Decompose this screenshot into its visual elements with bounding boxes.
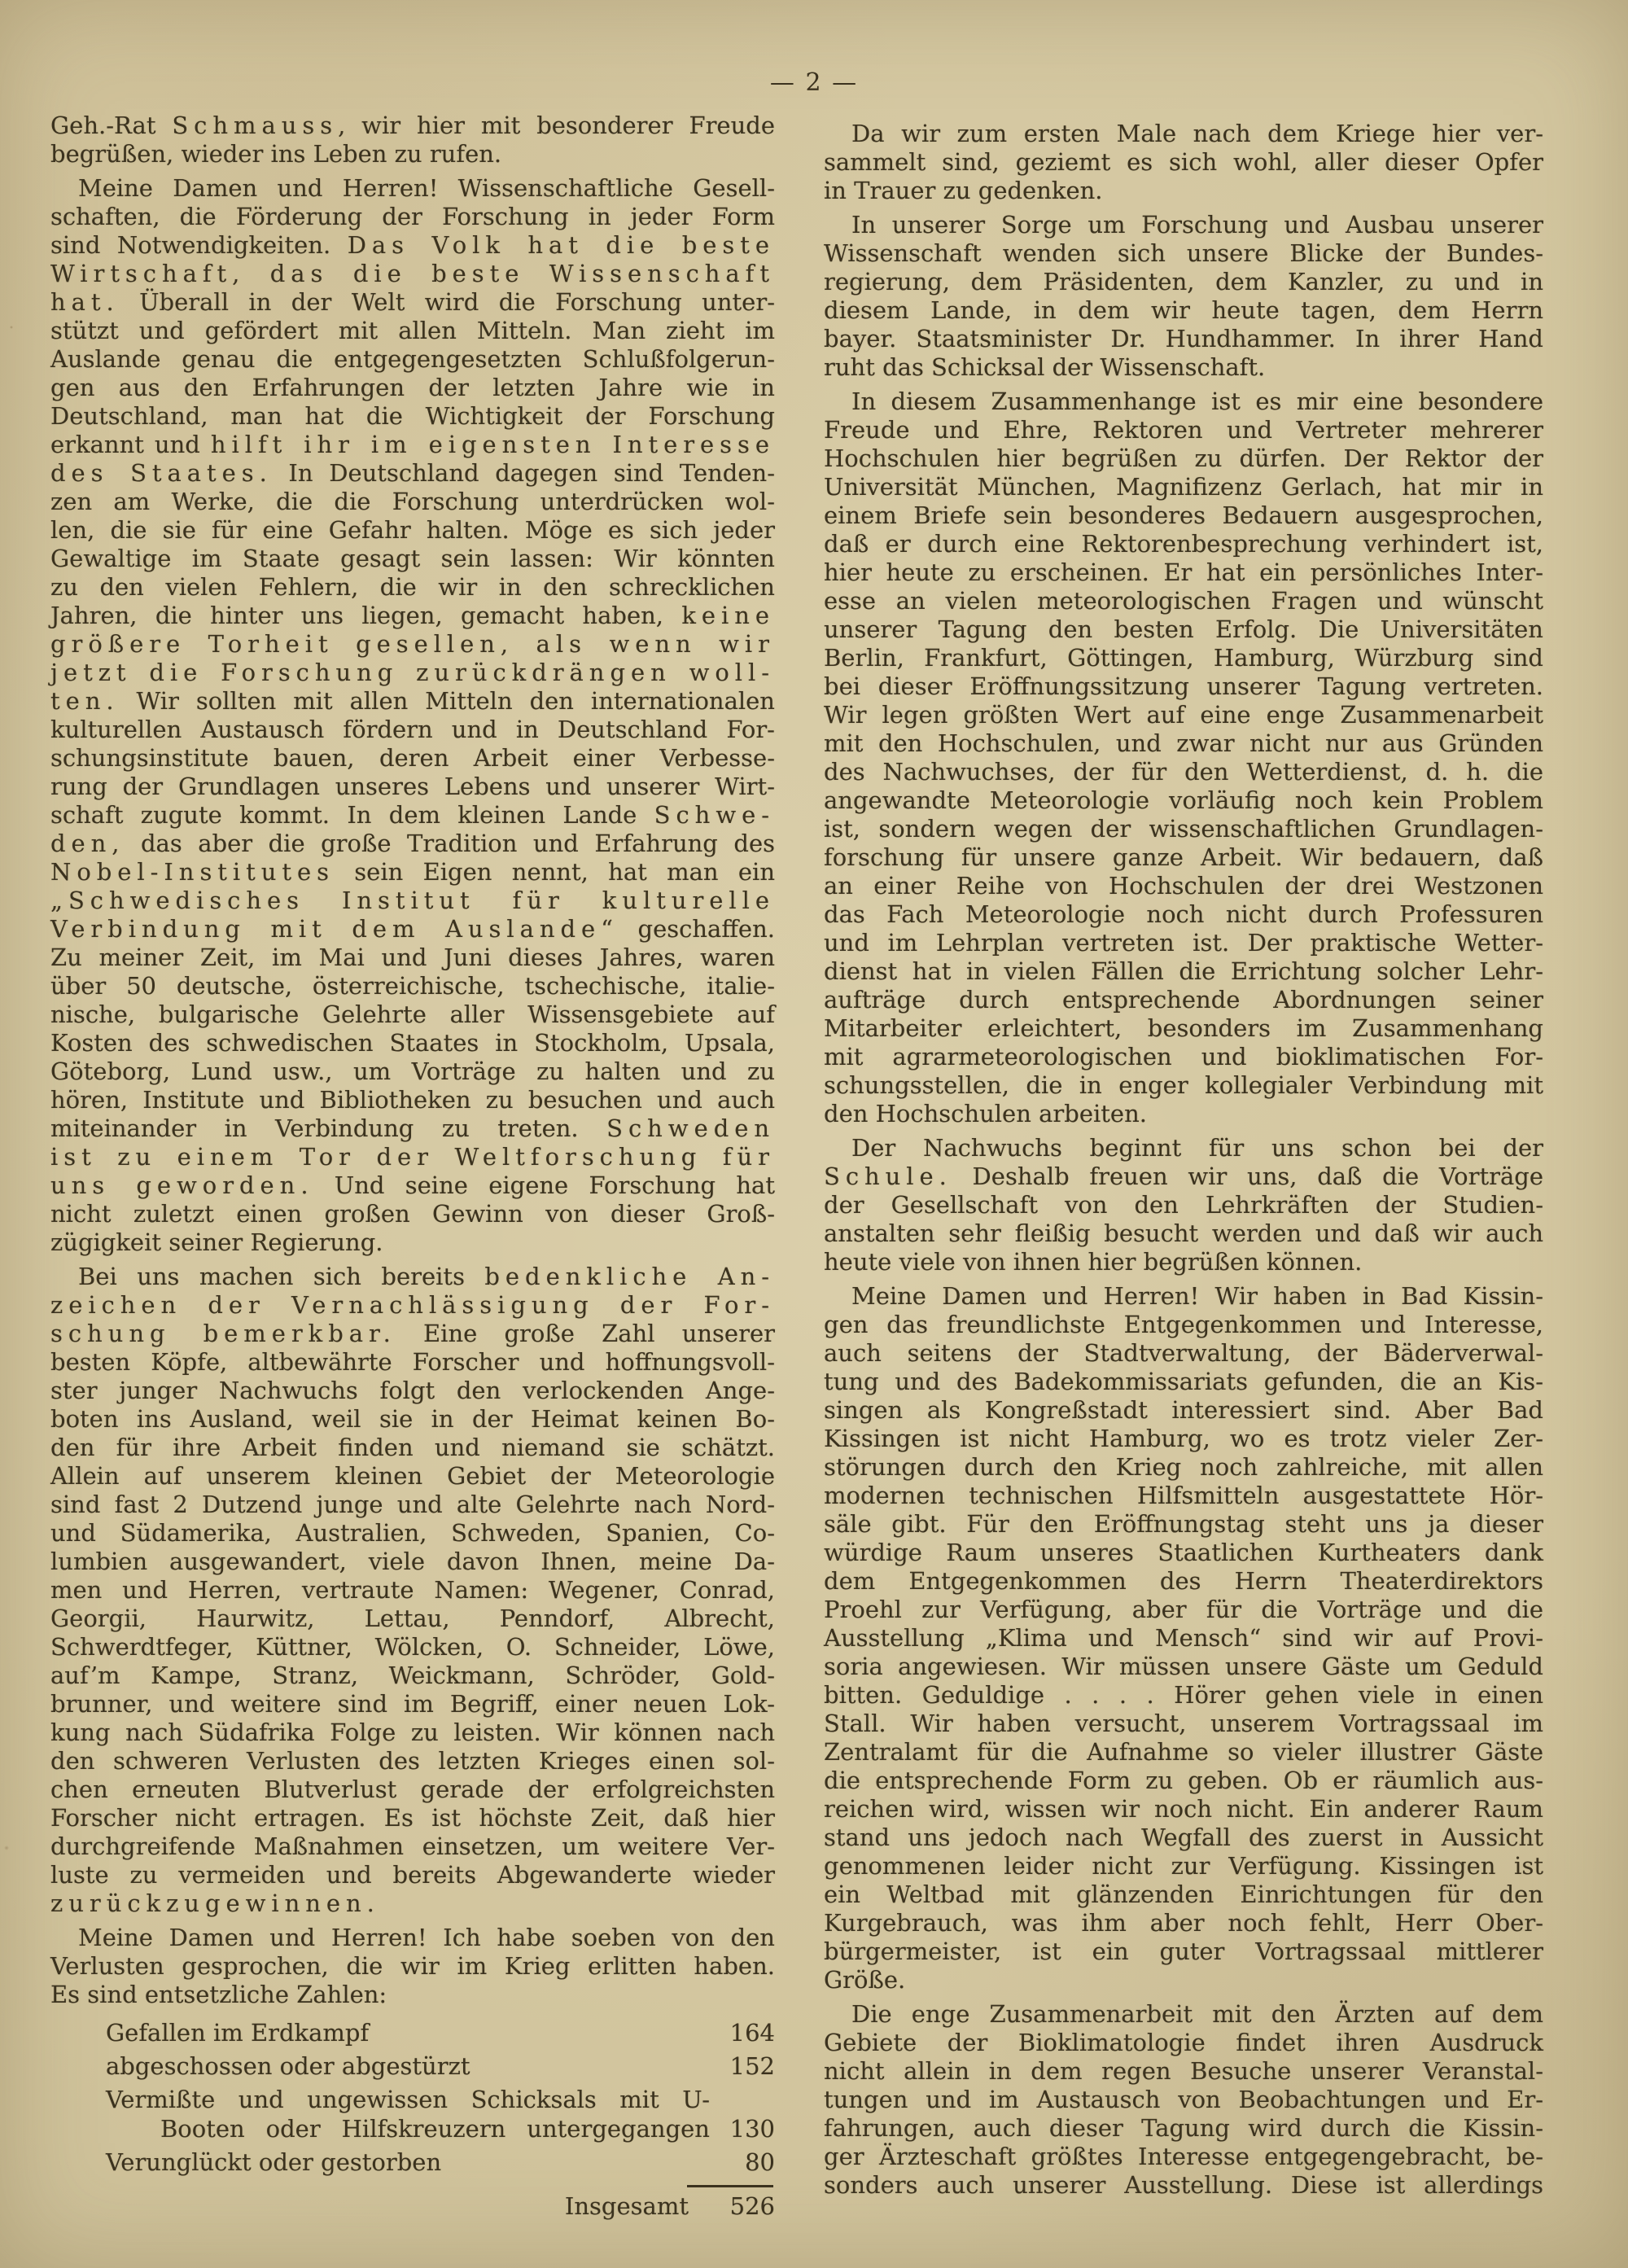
text-line: men und Herren, vertraute Namen: Wegener…	[50, 1576, 775, 1605]
casualty-label: Verunglückt oder gestorben	[106, 2148, 441, 2177]
text-line: des Nachwuchses, der für den Wetterdiens…	[824, 758, 1543, 786]
text-line: würdige Raum unseres Staatlichen Kurthea…	[824, 1539, 1543, 1567]
text-line: Mitarbeiter erleichtert, besonders im Zu…	[824, 1014, 1543, 1043]
text-line: zurückzugewinnen.	[50, 1889, 775, 1918]
text-line: dienst hat in vielen Fällen die Errichtu…	[824, 957, 1543, 986]
text-line: anstalten sehr fleißig besucht werden un…	[824, 1219, 1543, 1248]
text-line: Universität München, Magnifizenz Gerlach…	[824, 473, 1543, 501]
text-line: kung nach Südafrika Folge zu leisten. Wi…	[50, 1719, 775, 1747]
casualty-row: Vermißte und ungewissen Schicksals mit U…	[50, 2086, 775, 2114]
text-line: Die enge Zusammenarbeit mit den Ärzten a…	[824, 2000, 1543, 2029]
text-line: auch seitens der Stadtverwaltung, der Bä…	[824, 1339, 1543, 1368]
text-line: esse an vielen meteorologischen Fragen u…	[824, 587, 1543, 615]
text-line: zu den vielen Fehlern, die wir in den sc…	[50, 573, 775, 602]
text-line: Schwerdtfeger, Küttner, Wölcken, O. Schn…	[50, 1633, 775, 1662]
text-line: schungsinstitute bauen, deren Arbeit ein…	[50, 744, 775, 773]
text-line: den für ihre Arbeit finden und niemand s…	[50, 1434, 775, 1462]
text-line: zeichen der Vernachlässigung der For-	[50, 1291, 775, 1320]
text-line: mit den Hochschulen, und zwar nicht nur …	[824, 729, 1543, 758]
casualty-label: abgeschossen oder abgestürzt	[106, 2052, 470, 2081]
text-line: und im Lehrplan vertreten ist. Der prakt…	[824, 929, 1543, 957]
paragraph: Der Nachwuchs beginnt für uns schon bei …	[824, 1134, 1543, 1276]
text-line: Proehl zur Verfügung, aber für die Vortr…	[824, 1596, 1543, 1624]
text-line: schaft zugute kommt. In dem kleinen Land…	[50, 801, 775, 830]
text-line: Freude und Ehre, Rektoren und Vertreter …	[824, 416, 1543, 444]
text-line: Stall. Wir haben versucht, unserem Vortr…	[824, 1710, 1543, 1738]
text-line: in Trauer zu gedenken.	[824, 177, 1543, 205]
text-line: sind Notwendigkeiten. Das Volk hat die b…	[50, 231, 775, 260]
casualty-table: Gefallen im Erdkampf164abgeschossen oder…	[50, 2019, 775, 2221]
text-line: zügigkeit seiner Regierung.	[50, 1228, 775, 1257]
text-line: Berlin, Frankfurt, Göttingen, Hamburg, W…	[824, 644, 1543, 672]
paragraph: In unserer Sorge um Forschung und Ausbau…	[824, 211, 1543, 382]
letterspaced-emphasis: ten.	[50, 687, 120, 715]
text-line: Meine Damen und Herren! Wissenschaftlich…	[50, 174, 775, 203]
text-line: Zentralamt für die Aufnahme so vieler il…	[824, 1738, 1543, 1767]
letterspaced-emphasis: Verbindung mit dem Auslande“	[50, 915, 619, 943]
text-line: In unserer Sorge um Forschung und Ausbau…	[824, 211, 1543, 239]
text-line: uns geworden. Und seine eigene Forschung…	[50, 1171, 775, 1200]
text-line: Meine Damen und Herren! Ich habe soeben …	[50, 1924, 775, 1952]
text-line: luste zu vermeiden und bereits Abgewande…	[50, 1861, 775, 1889]
text-line: Hochschulen hier begrüßen zu dürfen. Der…	[824, 444, 1543, 473]
text-line: ruht das Schicksal der Wissenschaft.	[824, 353, 1543, 382]
text-line: reichen wird, wissen wir noch nicht. Ein…	[824, 1795, 1543, 1824]
text-line: aufträge durch entsprechende Abordnungen…	[824, 986, 1543, 1014]
text-line: genommenen leider nicht zur Verfügung. K…	[824, 1852, 1543, 1881]
text-line: dem Entgegenkommen des Herrn Theaterdire…	[824, 1567, 1543, 1596]
text-line: Wissenschaft wenden sich unsere Blicke d…	[824, 239, 1543, 268]
letterspaced-emphasis: „Schwedisches Institut für kulturelle	[50, 887, 775, 914]
letterspaced-emphasis: Schmauss	[172, 112, 338, 139]
text-line: Geh.-Rat Schmauss, wir hier mit besonder…	[50, 112, 775, 140]
text-line: gen aus den Erfahrungen der letzten Jahr…	[50, 374, 775, 402]
casualty-label: Booten oder Hilfskreuzern untergegangen	[160, 2115, 710, 2143]
letterspaced-emphasis: keine	[681, 602, 775, 629]
text-line: „Schwedisches Institut für kulturelle	[50, 887, 775, 915]
text-line: schaften, die Förderung der Forschung in…	[50, 203, 775, 231]
text-line: zen am Werke, die die Forschung unterdrü…	[50, 488, 775, 516]
text-line: bürgermeister, ist ein guter Vortragssaa…	[824, 1937, 1543, 1966]
text-line: unserer Tagung den besten Erfolg. Die Un…	[824, 615, 1543, 644]
text-line: den, das aber die große Tradition und Er…	[50, 830, 775, 858]
document-page: — 2 — Geh.-Rat Schmauss, wir hier mit be…	[0, 0, 1628, 2268]
text-line: Verlusten gesprochen, die wir im Krieg e…	[50, 1952, 775, 1981]
text-line: rung der Grundlagen unseres Lebens und u…	[50, 773, 775, 801]
text-line: sind fast 2 Dutzend junge und alte Geleh…	[50, 1491, 775, 1519]
letterspaced-emphasis: Das Volk hat die beste	[348, 231, 775, 259]
casualty-row: Booten oder Hilfskreuzern untergegangen1…	[50, 2115, 775, 2143]
letterspaced-emphasis: jetzt die Forschung zurückdrängen woll-	[50, 659, 775, 686]
text-line: Gewaltige im Staate gesagt sein lassen: …	[50, 545, 775, 573]
paragraph: In diesem Zusammenhange ist es mir eine …	[824, 387, 1543, 1128]
text-line: modernen technischen Hilfsmitteln ausges…	[824, 1482, 1543, 1510]
text-line: Wir legen größten Wert auf eine enge Zus…	[824, 701, 1543, 729]
text-line: schung bemerkbar. Eine große Zahl unsere…	[50, 1320, 775, 1348]
letterspaced-emphasis: größere Torheit gesellen, als wenn wir	[50, 630, 775, 658]
text-line: Es sind entsetzliche Zahlen:	[50, 1981, 775, 2009]
letterspaced-emphasis: Nobel-Institutes	[50, 858, 335, 886]
text-line: Gebiete der Bioklimatologie findet ihren…	[824, 2029, 1543, 2057]
text-line: das Fach Meteorologie noch nicht durch P…	[824, 900, 1543, 929]
text-line: Allein auf unserem kleinen Gebiet der Me…	[50, 1462, 775, 1491]
text-line: bei dieser Eröffnungssitzung unserer Tag…	[824, 672, 1543, 701]
text-line: nicht allein in dem regen Besuche unsere…	[824, 2057, 1543, 2086]
text-line: lumbien ausgewandert, viele davon Ihnen,…	[50, 1548, 775, 1576]
letterspaced-emphasis: Schwe-	[654, 801, 775, 829]
text-line: chen erneuten Blutverlust gerade der erf…	[50, 1775, 775, 1804]
text-line: und Südamerika, Australien, Schweden, Sp…	[50, 1519, 775, 1548]
text-line: ist, sondern wegen der wissenschaftliche…	[824, 815, 1543, 843]
text-line: ten. Wir sollten mit allen Mitteln den i…	[50, 687, 775, 716]
paragraph: Bei uns machen sich bereits bedenkliche …	[50, 1263, 775, 1918]
text-line: tung und des Badekommissariats gefunden,…	[824, 1368, 1543, 1396]
casualty-value: 164	[710, 2019, 775, 2047]
casualty-label: Gefallen im Erdkampf	[106, 2019, 369, 2047]
casualty-label: Vermißte und ungewissen Schicksals mit U…	[106, 2086, 710, 2114]
text-line: sonders auch unserer Ausstellung. Diese …	[824, 2171, 1543, 2200]
paragraph: Die enge Zusammenarbeit mit den Ärzten a…	[824, 2000, 1543, 2200]
text-line: nicht zuletzt einen großen Gewinn von di…	[50, 1200, 775, 1228]
text-line: jetzt die Forschung zurückdrängen woll-	[50, 659, 775, 687]
text-line: Größe.	[824, 1966, 1543, 1994]
text-line: störungen durch den Krieg noch zahlreich…	[824, 1453, 1543, 1482]
text-line: Da wir zum ersten Male nach dem Kriege h…	[824, 120, 1543, 148]
text-line: Nobel-Institutes sein Eigen nennt, hat m…	[50, 858, 775, 887]
letterspaced-emphasis: ist zu einem Tor der Weltforschung für	[50, 1143, 775, 1171]
text-line: kulturellen Austausch fördern und in Deu…	[50, 716, 775, 744]
text-line: einem Briefe sein besonderes Bedauern au…	[824, 501, 1543, 530]
text-line: Kurgebrauch, was ihm aber noch fehlt, He…	[824, 1909, 1543, 1937]
letterspaced-emphasis: hat.	[50, 288, 120, 316]
text-line: hat. Überall in der Welt wird die Forsch…	[50, 288, 775, 317]
text-line: ist zu einem Tor der Weltforschung für	[50, 1143, 775, 1171]
paragraph: Geh.-Rat Schmauss, wir hier mit besonder…	[50, 112, 775, 169]
text-line: begrüßen, wieder ins Leben zu rufen.	[50, 140, 775, 169]
text-line: durchgreifende Maßnahmen einsetzen, um w…	[50, 1832, 775, 1861]
text-line: soria angewiesen. Wir müssen unsere Gäst…	[824, 1653, 1543, 1681]
letterspaced-emphasis: zeichen der Vernachlässigung der For-	[50, 1291, 775, 1319]
text-line: daß er durch eine Rektorenbesprechung ve…	[824, 530, 1543, 558]
total-label: Insgesamt	[565, 2192, 689, 2221]
text-line: nische, bulgarische Gelehrte aller Wisse…	[50, 1000, 775, 1029]
text-line: den Hochschulen arbeiten.	[824, 1100, 1543, 1128]
text-line: Bei uns machen sich bereits bedenkliche …	[50, 1263, 775, 1291]
text-line: besten Köpfe, altbewährte Forscher und h…	[50, 1348, 775, 1377]
left-column: Geh.-Rat Schmauss, wir hier mit besonder…	[50, 112, 775, 2221]
text-line: singen als Kongreßstadt interessiert sin…	[824, 1396, 1543, 1425]
text-line: Jahren, die hinter uns liegen, gemacht h…	[50, 602, 775, 630]
text-line: Deutschland, man hat die Wichtigkeit der…	[50, 402, 775, 431]
letterspaced-emphasis: des Staates.	[50, 459, 273, 487]
text-line: In diesem Zusammenhange ist es mir eine …	[824, 387, 1543, 416]
text-line: bitten. Geduldige . . . . Hörer gehen vi…	[824, 1681, 1543, 1710]
casualty-value: 130	[710, 2115, 775, 2143]
casualty-row: Verunglückt oder gestorben80	[50, 2148, 775, 2177]
casualty-value: 152	[710, 2052, 775, 2081]
text-line: Kosten des schwedischen Staates in Stock…	[50, 1029, 775, 1057]
page-number: — 2 —	[0, 68, 1628, 97]
text-line: Kissingen ist nicht Hamburg, wo es trotz…	[824, 1425, 1543, 1453]
letterspaced-emphasis: uns geworden.	[50, 1171, 314, 1199]
text-line: Schule. Deshalb freuen wir uns, daß die …	[824, 1162, 1543, 1191]
text-line: Der Nachwuchs beginnt für uns schon bei …	[824, 1134, 1543, 1162]
text-line: auf’m Kampe, Stranz, Weickmann, Schröder…	[50, 1662, 775, 1690]
letterspaced-emphasis: hilft ihr im eigensten Interesse	[211, 431, 775, 458]
text-line: mit agrarmeteorologischen und bioklimati…	[824, 1043, 1543, 1071]
text-line: Meine Damen und Herren! Wir haben in Bad…	[824, 1282, 1543, 1311]
text-line: hier heute zu erscheinen. Er hat ein per…	[824, 558, 1543, 587]
total-value: 526	[710, 2192, 775, 2221]
text-line: des Staates. In Deutschland dagegen sind…	[50, 459, 775, 488]
text-line: Forscher nicht ertragen. Es ist höchste …	[50, 1804, 775, 1832]
text-line: diesem Lande, in dem wir heute tagen, de…	[824, 296, 1543, 325]
text-line: ster junger Nachwuchs folgt den verlocke…	[50, 1377, 775, 1405]
text-line: fahrungen, auch dieser Tagung wird durch…	[824, 2114, 1543, 2143]
paragraph: Meine Damen und Herren! Ich habe soeben …	[50, 1924, 775, 2009]
text-line: ein Weltbad mit glänzenden Einrichtungen…	[824, 1881, 1543, 1909]
text-line: boten ins Ausland, weil sie in der Heima…	[50, 1405, 775, 1434]
text-line: größere Torheit gesellen, als wenn wir	[50, 630, 775, 659]
text-line: Auslande genau die entgegengesetzten Sch…	[50, 345, 775, 374]
casualty-row: abgeschossen oder abgestürzt152	[50, 2052, 775, 2081]
text-line: über 50 deutsche, österreichische, tsche…	[50, 972, 775, 1000]
text-line: miteinander in Verbindung zu treten. Sch…	[50, 1114, 775, 1143]
letterspaced-emphasis: den,	[50, 830, 125, 857]
text-line: den schweren Verlusten des letzten Krieg…	[50, 1747, 775, 1775]
letterspaced-emphasis: zurückzugewinnen.	[50, 1889, 380, 1917]
paragraph: Da wir zum ersten Male nach dem Kriege h…	[824, 120, 1543, 205]
text-line: Georgii, Haurwitz, Lettau, Penndorf, Alb…	[50, 1605, 775, 1633]
right-column: Da wir zum ersten Male nach dem Kriege h…	[824, 120, 1543, 2200]
sum-rule	[687, 2185, 773, 2187]
text-line: angewandte Meteorologie vorläufig noch k…	[824, 786, 1543, 815]
letterspaced-emphasis: schung bemerkbar.	[50, 1320, 396, 1347]
text-line: Wirtschaft, das die beste Wissenschaft	[50, 260, 775, 288]
text-line: forschung für unsere ganze Arbeit. Wir b…	[824, 843, 1543, 872]
text-line: Zu meiner Zeit, im Mai und Juni dieses J…	[50, 944, 775, 972]
text-line: Göteborg, Lund usw., um Vorträge zu halt…	[50, 1057, 775, 1086]
casualty-value: 80	[710, 2148, 775, 2177]
text-line: gen das freundlichste Entgegenkommen und…	[824, 1311, 1543, 1339]
text-line: stand uns jedoch nach Wegfall des zuerst…	[824, 1824, 1543, 1852]
text-line: hören, Institute und Bibliotheken zu bes…	[50, 1086, 775, 1114]
letterspaced-emphasis: Schule.	[824, 1162, 952, 1190]
paragraph: Meine Damen und Herren! Wir haben in Bad…	[824, 1282, 1543, 1994]
text-line: bayer. Staatsminister Dr. Hundhammer. In…	[824, 325, 1543, 353]
text-line: schungsstellen, die in enger kollegialer…	[824, 1071, 1543, 1100]
text-line: brunner, und weitere sind im Begriff, ei…	[50, 1690, 775, 1719]
text-line: stützt und gefördert mit allen Mitteln. …	[50, 317, 775, 345]
text-line: tungen und im Austausch von Beobachtunge…	[824, 2086, 1543, 2114]
text-line: an einer Reihe von Hochschulen der drei …	[824, 872, 1543, 900]
paragraph: Meine Damen und Herren! Wissenschaftlich…	[50, 174, 775, 1257]
text-line: regierung, dem Präsidenten, dem Kanzler,…	[824, 268, 1543, 296]
text-line: der Gesellschaft von den Lehrkräften der…	[824, 1191, 1543, 1219]
text-line: ger Ärzteschaft größtes Interesse entgeg…	[824, 2143, 1543, 2171]
letterspaced-emphasis: Wirtschaft, das die beste Wissenschaft	[50, 260, 775, 287]
letterspaced-emphasis: Schweden	[606, 1114, 775, 1142]
text-line: Verbindung mit dem Auslande“ geschaffen.	[50, 915, 775, 944]
text-line: die entsprechende Form zu geben. Ob er r…	[824, 1767, 1543, 1795]
text-line: heute viele von ihnen hier begrüßen könn…	[824, 1248, 1543, 1276]
casualty-row: Gefallen im Erdkampf164	[50, 2019, 775, 2047]
text-line: len, die sie für eine Gefahr halten. Mög…	[50, 516, 775, 545]
letterspaced-emphasis: bedenkliche An-	[484, 1263, 775, 1290]
total-row: Insgesamt526	[50, 2192, 775, 2221]
text-line: sammelt sind, geziemt es sich wohl, alle…	[824, 148, 1543, 177]
text-line: erkannt und hilft ihr im eigensten Inter…	[50, 431, 775, 459]
text-line: Ausstellung „Klima und Mensch“ sind wir …	[824, 1624, 1543, 1653]
text-line: säle gibt. Für den Eröffnungstag steht u…	[824, 1510, 1543, 1539]
